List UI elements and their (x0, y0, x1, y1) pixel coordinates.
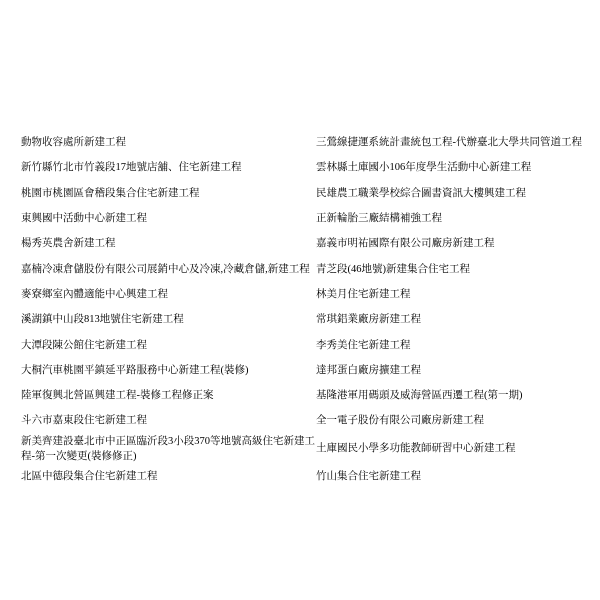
project-link[interactable]: 竹山集合住宅新建工程 (316, 471, 421, 482)
project-cell-right: 達邦蛋白廠房擴建工程 (316, 358, 598, 383)
project-link[interactable]: 三鶯線捷運系統計畫統包工程-代辦臺北大學共同管道工程 (316, 137, 582, 148)
project-cell-right: 李秀美住宅新建工程 (316, 332, 598, 357)
project-row: 陸軍復興北營區興建工程-裝修工程修正案 基隆港軍用碼頭及威海營區西遷工程(第一期… (21, 383, 598, 408)
project-link[interactable]: 常琪鋁業廠房新建工程 (316, 314, 421, 325)
project-row: 北區中德段集合住宅新建工程 竹山集合住宅新建工程 (21, 464, 598, 489)
project-link[interactable]: 李秀美住宅新建工程 (316, 340, 411, 351)
project-cell-left: 麥寮鄉室內體適能中心興建工程 (21, 282, 316, 307)
project-link[interactable]: 基隆港軍用碼頭及威海營區西遷工程(第一期) (316, 390, 523, 401)
project-link[interactable]: 青芝段(46地號)新建集合住宅工程 (316, 264, 470, 275)
project-cell-left: 大桐汽車桃園平鎮延平路服務中心新建工程(裝修) (21, 358, 316, 383)
project-link[interactable]: 土庫國民小學多功能教師研習中心新建工程 (316, 443, 516, 454)
project-cell-right: 常琪鋁業廠房新建工程 (316, 307, 598, 332)
project-cell-left: 嘉楠冷凍倉儲股份有限公司展銷中心及冷凍,冷藏倉儲,新建工程 (21, 256, 316, 281)
project-cell-right: 竹山集合住宅新建工程 (316, 464, 598, 489)
project-row: 大潭段陳公館住宅新建工程 李秀美住宅新建工程 (21, 332, 598, 357)
project-row: 新竹縣竹北市竹義段17地號店舖、住宅新建工程 雲林縣土庫國小106年度學生活動中… (21, 155, 598, 180)
project-cell-left: 北區中德段集合住宅新建工程 (21, 464, 316, 489)
project-row: 溪湖鎮中山段813地號住宅新建工程 常琪鋁業廠房新建工程 (21, 307, 598, 332)
project-link[interactable]: 達邦蛋白廠房擴建工程 (316, 365, 421, 376)
project-cell-left: 動物收容處所新建工程 (21, 130, 316, 155)
project-link[interactable]: 桃園市桃園區會稽段集合住宅新建工程 (21, 188, 200, 199)
project-cell-left: 桃園市桃園區會稽段集合住宅新建工程 (21, 181, 316, 206)
project-link[interactable]: 新美齊建設臺北市中正區臨沂段3小段370等地號高級住宅新建工程-第一次變更(裝修… (21, 436, 315, 462)
project-cell-right: 正新輪胎三廠結構補強工程 (316, 206, 598, 231)
project-row: 麥寮鄉室內體適能中心興建工程 林美月住宅新建工程 (21, 282, 598, 307)
project-cell-right: 三鶯線捷運系統計畫統包工程-代辦臺北大學共同管道工程 (316, 130, 598, 155)
project-link[interactable]: 正新輪胎三廠結構補強工程 (316, 213, 442, 224)
project-list-page: 動物收容處所新建工程 三鶯線捷運系統計畫統包工程-代辦臺北大學共同管道工程 新竹… (0, 0, 600, 600)
project-row: 嘉楠冷凍倉儲股份有限公司展銷中心及冷凍,冷藏倉儲,新建工程 青芝段(46地號)新… (21, 256, 598, 281)
project-cell-left: 大潭段陳公館住宅新建工程 (21, 332, 316, 357)
project-cell-right: 林美月住宅新建工程 (316, 282, 598, 307)
project-row: 大桐汽車桃園平鎮延平路服務中心新建工程(裝修) 達邦蛋白廠房擴建工程 (21, 358, 598, 383)
project-cell-left: 新竹縣竹北市竹義段17地號店舖、住宅新建工程 (21, 155, 316, 180)
project-cell-left: 陸軍復興北營區興建工程-裝修工程修正案 (21, 383, 316, 408)
project-link[interactable]: 陸軍復興北營區興建工程-裝修工程修正案 (21, 390, 214, 401)
project-cell-right: 土庫國民小學多功能教師研習中心新建工程 (316, 434, 598, 464)
project-link[interactable]: 動物收容處所新建工程 (21, 137, 126, 148)
project-link[interactable]: 林美月住宅新建工程 (316, 289, 411, 300)
project-link[interactable]: 楊秀英農舍新建工程 (21, 238, 116, 249)
project-link[interactable]: 新竹縣竹北市竹義段17地號店舖、住宅新建工程 (21, 162, 242, 173)
project-row: 東興國中活動中心新建工程 正新輪胎三廠結構補強工程 (21, 206, 598, 231)
project-link[interactable]: 大桐汽車桃園平鎮延平路服務中心新建工程(裝修) (21, 365, 249, 376)
project-link[interactable]: 斗六市嘉東段住宅新建工程 (21, 415, 147, 426)
project-link[interactable]: 溪湖鎮中山段813地號住宅新建工程 (21, 314, 184, 325)
project-cell-right: 雲林縣土庫國小106年度學生活動中心新建工程 (316, 155, 598, 180)
project-cell-left: 東興國中活動中心新建工程 (21, 206, 316, 231)
project-cell-right: 嘉義市明祐國際有限公司廠房新建工程 (316, 231, 598, 256)
project-cell-left: 新美齊建設臺北市中正區臨沂段3小段370等地號高級住宅新建工程-第一次變更(裝修… (21, 434, 316, 464)
project-cell-left: 楊秀英農舍新建工程 (21, 231, 316, 256)
project-cell-right: 青芝段(46地號)新建集合住宅工程 (316, 256, 598, 281)
project-cell-right: 民雄農工職業學校綜合圖書資訊大樓興建工程 (316, 181, 598, 206)
project-link[interactable]: 麥寮鄉室內體適能中心興建工程 (21, 289, 168, 300)
project-list-table: 動物收容處所新建工程 三鶯線捷運系統計畫統包工程-代辦臺北大學共同管道工程 新竹… (21, 130, 598, 489)
project-cell-right: 全一電子股份有限公司廠房新建工程 (316, 408, 598, 433)
project-row: 桃園市桃園區會稽段集合住宅新建工程 民雄農工職業學校綜合圖書資訊大樓興建工程 (21, 181, 598, 206)
project-link[interactable]: 東興國中活動中心新建工程 (21, 213, 147, 224)
project-row: 新美齊建設臺北市中正區臨沂段3小段370等地號高級住宅新建工程-第一次變更(裝修… (21, 434, 598, 464)
project-link[interactable]: 全一電子股份有限公司廠房新建工程 (316, 415, 484, 426)
project-cell-right: 基隆港軍用碼頭及威海營區西遷工程(第一期) (316, 383, 598, 408)
project-link[interactable]: 民雄農工職業學校綜合圖書資訊大樓興建工程 (316, 188, 526, 199)
project-link[interactable]: 雲林縣土庫國小106年度學生活動中心新建工程 (316, 162, 531, 173)
project-cell-left: 斗六市嘉東段住宅新建工程 (21, 408, 316, 433)
project-row: 動物收容處所新建工程 三鶯線捷運系統計畫統包工程-代辦臺北大學共同管道工程 (21, 130, 598, 155)
project-cell-left: 溪湖鎮中山段813地號住宅新建工程 (21, 307, 316, 332)
project-row: 斗六市嘉東段住宅新建工程 全一電子股份有限公司廠房新建工程 (21, 408, 598, 433)
project-link[interactable]: 北區中德段集合住宅新建工程 (21, 471, 158, 482)
project-link[interactable]: 嘉義市明祐國際有限公司廠房新建工程 (316, 238, 495, 249)
project-row: 楊秀英農舍新建工程 嘉義市明祐國際有限公司廠房新建工程 (21, 231, 598, 256)
project-link[interactable]: 嘉楠冷凍倉儲股份有限公司展銷中心及冷凍,冷藏倉儲,新建工程 (21, 264, 310, 275)
project-link[interactable]: 大潭段陳公館住宅新建工程 (21, 340, 147, 351)
